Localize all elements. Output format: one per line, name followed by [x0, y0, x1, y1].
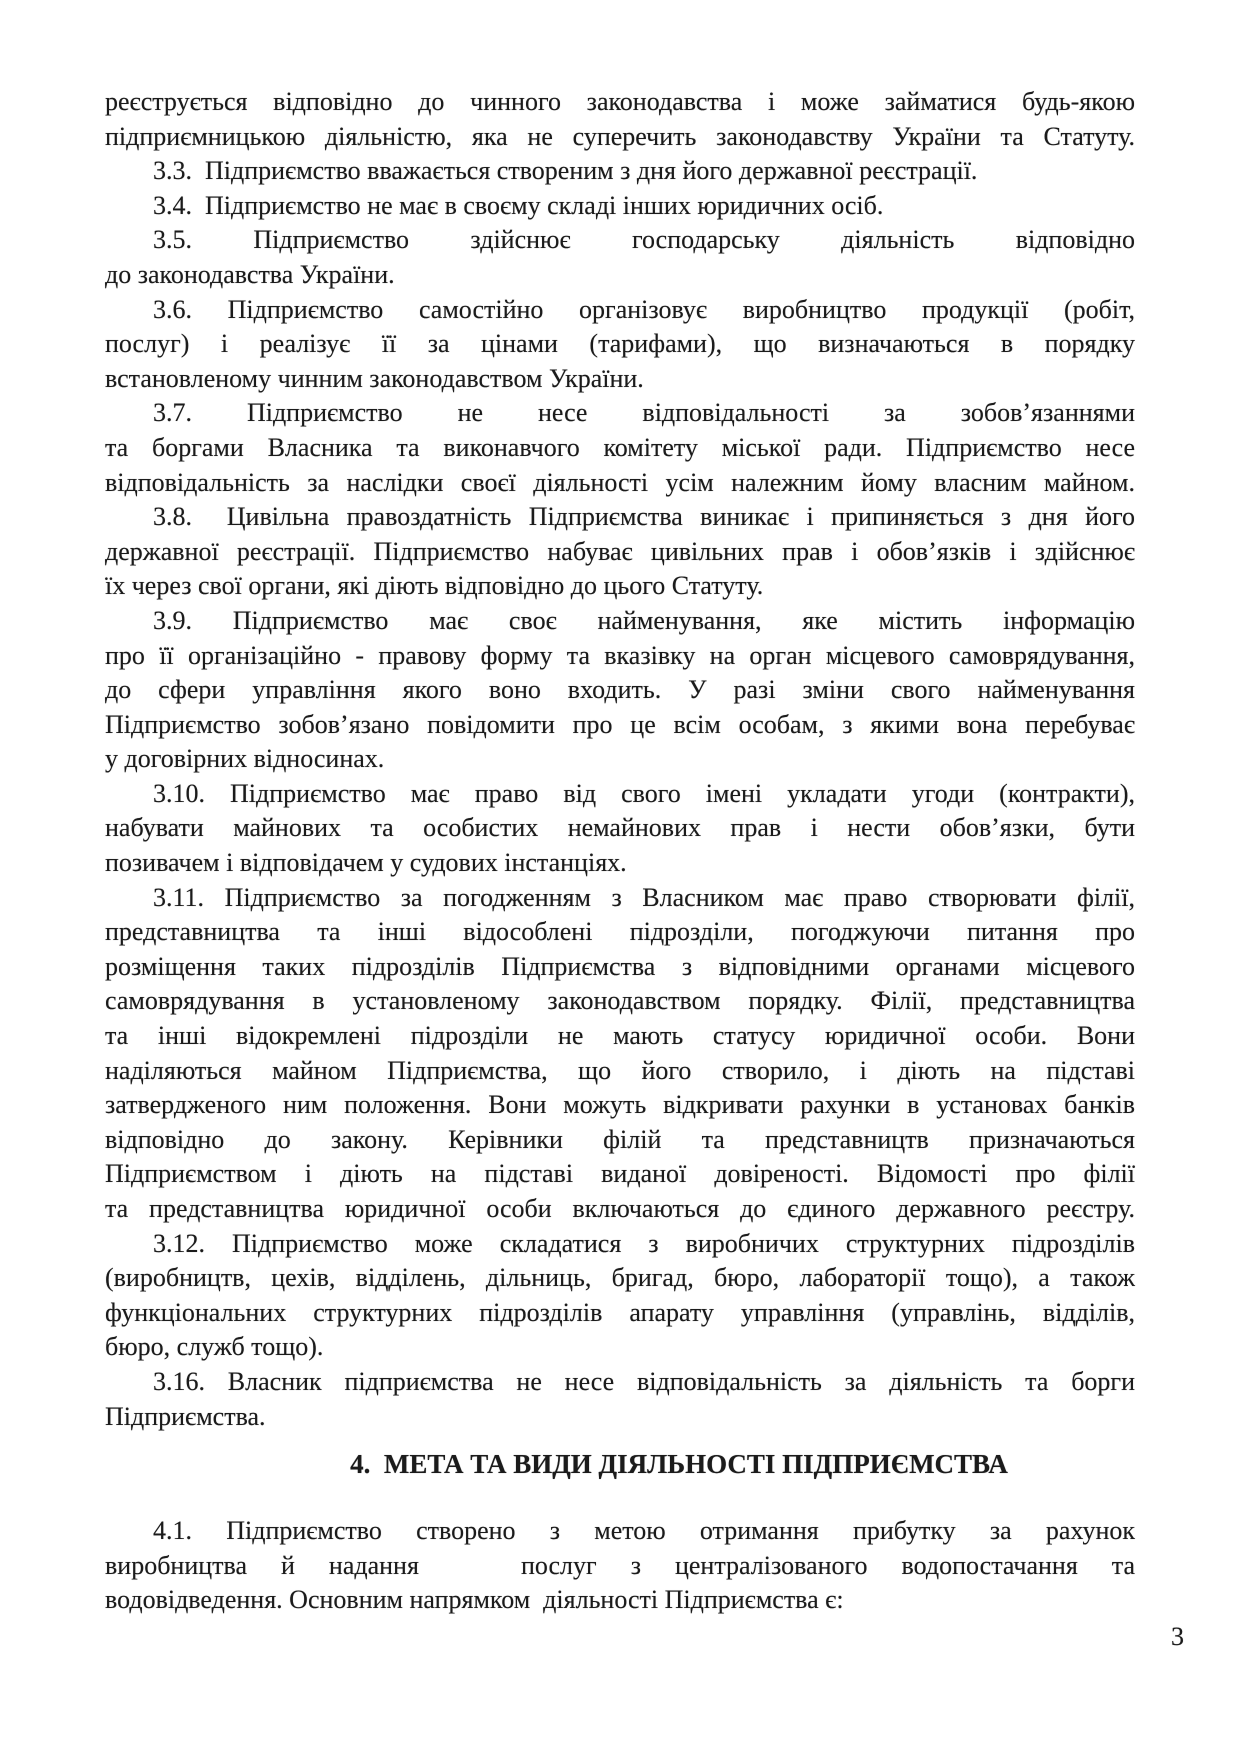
- text-line: про її організаційно - правову форму та …: [105, 639, 1135, 674]
- paragraph-3-11: 3.11. Підприємство за погодженням з Влас…: [105, 881, 1135, 1227]
- page-number: 3: [1171, 1620, 1184, 1654]
- text-line: 3.16. Власник підприємства не несе відпо…: [105, 1365, 1135, 1400]
- text-line: 3.4. Підприємство не має в своєму складі…: [105, 189, 1135, 224]
- text-line: та представництва юридичної особи включа…: [105, 1192, 1135, 1227]
- paragraph-4-1: 4.1. Підприємство створено з метою отрим…: [105, 1514, 1135, 1618]
- paragraph-3-3: 3.3. Підприємство вважається створеним з…: [105, 154, 1135, 189]
- paragraph-3-7: 3.7. Підприємство не несе відповідальнос…: [105, 396, 1135, 500]
- document-body: реєструється відповідно до чинного закон…: [105, 85, 1135, 1618]
- text-line: у договірних відносинах.: [105, 742, 1135, 777]
- text-line: позивачем і відповідачем у судових інста…: [105, 846, 1135, 881]
- text-line: 3.8. Цивільна правоздатність Підприємств…: [105, 500, 1135, 535]
- text-line: 3.7. Підприємство не несе відповідальнос…: [105, 396, 1135, 431]
- text-line: до законодавства України.: [105, 258, 1135, 293]
- text-line: 3.11. Підприємство за погодженням з Влас…: [105, 881, 1135, 916]
- section-heading: 4. МЕТА ТА ВИДИ ДІЯЛЬНОСТІ ПІДПРИЄМСТВА: [105, 1444, 1135, 1484]
- text-line: наділяються майном Підприємства, що його…: [105, 1054, 1135, 1089]
- text-line: розміщення таких підрозділів Підприємств…: [105, 950, 1135, 985]
- text-line: та інші відокремлені підрозділи не мають…: [105, 1019, 1135, 1054]
- text-line: до сфери управління якого воно входить. …: [105, 673, 1135, 708]
- paragraph-3-6: 3.6. Підприємство самостійно організовує…: [105, 293, 1135, 397]
- paragraph-3-5: 3.5. Підприємство здійснює господарську …: [105, 223, 1135, 292]
- document-page: реєструється відповідно до чинного закон…: [0, 0, 1240, 1755]
- text-line: встановленому чинним законодавством Укра…: [105, 362, 1135, 397]
- text-line: Підприємства.: [105, 1400, 1135, 1435]
- text-line: відповідальність за наслідки своєї діяль…: [105, 466, 1135, 501]
- text-line: їх через свої органи, які діють відповід…: [105, 569, 1135, 604]
- text-line: Підприємством і діють на підставі видано…: [105, 1157, 1135, 1192]
- text-line: 3.6. Підприємство самостійно організовує…: [105, 293, 1135, 328]
- text-line: представництва та інші відособлені підро…: [105, 915, 1135, 950]
- text-line: набувати майнових та особистих немайнови…: [105, 811, 1135, 846]
- text-line: 4.1. Підприємство створено з метою отрим…: [105, 1514, 1135, 1549]
- text-line: (виробництв, цехів, відділень, дільниць,…: [105, 1261, 1135, 1296]
- text-line: самоврядування в установленому законодав…: [105, 984, 1135, 1019]
- text-line: 3.3. Підприємство вважається створеним з…: [105, 154, 1135, 189]
- text-line: 3.12. Підприємство може складатися з вир…: [105, 1227, 1135, 1262]
- text-line: Підприємство зобов’язано повідомити про …: [105, 708, 1135, 743]
- text-line: державної реєстрації. Підприємство набув…: [105, 535, 1135, 570]
- paragraph-continuation: реєструється відповідно до чинного закон…: [105, 85, 1135, 154]
- text-line: виробництва й надання послуг з централіз…: [105, 1549, 1135, 1584]
- text-line: 3.9. Підприємство має своє найменування,…: [105, 604, 1135, 639]
- text-line: функціональних структурних підрозділів а…: [105, 1296, 1135, 1331]
- paragraph-3-10: 3.10. Підприємство має право від свого і…: [105, 777, 1135, 881]
- text-line: послуг) і реалізує її за цінами (тарифам…: [105, 327, 1135, 362]
- text-line: бюро, служб тощо).: [105, 1330, 1135, 1365]
- text-line: затвердженого ним положення. Вони можуть…: [105, 1088, 1135, 1123]
- text-line: підприємницькою діяльністю, яка не супер…: [105, 120, 1135, 155]
- text-line: та боргами Власника та виконавчого коміт…: [105, 431, 1135, 466]
- text-line: водовідведення. Основним напрямком діяль…: [105, 1583, 1135, 1618]
- text-line: 3.10. Підприємство має право від свого і…: [105, 777, 1135, 812]
- text-line: 3.5. Підприємство здійснює господарську …: [105, 223, 1135, 258]
- text-line: відповідно до закону. Керівники філій та…: [105, 1123, 1135, 1158]
- paragraph-3-4: 3.4. Підприємство не має в своєму складі…: [105, 189, 1135, 224]
- paragraph-3-16: 3.16. Власник підприємства не несе відпо…: [105, 1365, 1135, 1434]
- text-line: реєструється відповідно до чинного закон…: [105, 85, 1135, 120]
- paragraph-3-9: 3.9. Підприємство має своє найменування,…: [105, 604, 1135, 777]
- paragraph-3-12: 3.12. Підприємство може складатися з вир…: [105, 1227, 1135, 1365]
- paragraph-3-8: 3.8. Цивільна правоздатність Підприємств…: [105, 500, 1135, 604]
